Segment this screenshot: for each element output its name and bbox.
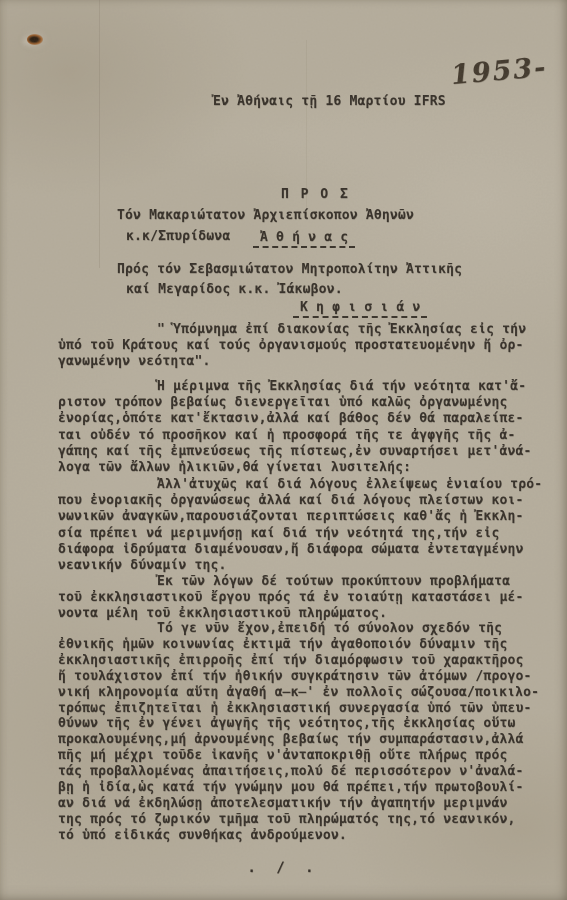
typed-line: γάπης καί τῆς ἐμπνεύσεως τῆς πίστεως,ἐν … — [58, 444, 536, 460]
typed-line: νεανικήν δύναμίν της. — [58, 558, 536, 574]
typed-line: " Ὑπόμνημα ἐπί διακονίας τῆς Ἐκκλησίας ε… — [58, 322, 536, 338]
typed-line: τάς προβαλλομένας ἀπαιτήσεις,πολύ δέ περ… — [58, 764, 536, 780]
typed-line: Ἡ μέριμνα τῆς Ἐκκλησίας διά τήν νεότητα … — [58, 379, 536, 395]
typed-line: Ἐκ τῶν λόγων δέ τούτων προκύπτουν προβλή… — [58, 574, 536, 590]
typed-line: διάφορα ἱδρύματα διαμένουσαν,ἤ διάφορα σ… — [58, 542, 536, 558]
typed-line: τοῦ ἐκκλησιαστικοῦ ἔργου πρός τά ἐν τοια… — [58, 590, 536, 606]
typed-line: γανωμένην νεότητα". — [58, 354, 536, 370]
typed-line: προκαλουμένης,μή ἀρνουμένης βεβαίως τήν … — [58, 732, 536, 748]
typed-line: ριστον τρόπον βεβαίως διενεργεῖται ὑπό κ… — [58, 395, 536, 411]
typed-line: νωνικῶν ἀναγκῶν,παρουσιάζονται περιπτώσε… — [58, 509, 536, 525]
scanned-document-page: 1953- Ἐν Ἀθήναις τῇ 16 Μαρτίου IFRS Π Ρ … — [0, 0, 567, 900]
rust-stain — [27, 34, 43, 45]
typed-line: αν διά νά ἐκδηλώσῃ ἀποτελεσματικήν τήν ἀ… — [58, 796, 536, 812]
body-paragraph-4: Τό γε νῦν ἔχον,ἐπειδή τό σύνολον σχεδόν … — [58, 621, 536, 844]
handwritten-year-annotation: 1953- — [450, 52, 549, 91]
typed-line: ἐθνικῆς ἡμῶν κοινωνίας ἐκτιμᾶ τήν ἀγαθοπ… — [58, 637, 536, 653]
recipient-archbishop-line: Τόν Μακαριώτατον Ἀρχιεπίσκοπον Ἀθηνῶν — [117, 208, 414, 224]
typed-line: Τό γε νῦν ἔχον,ἐπειδή τό σύνολον σχεδόν … — [58, 621, 536, 637]
typed-line: βῃ ἡ ἰδία,ὡς κατά τήν γνώμην μου θά πρέπ… — [58, 780, 536, 796]
typed-line: ἐνορίας,ὁπότε κατ'ἔκτασιν,ἀλλά καί βάθος… — [58, 411, 536, 427]
page-end-mark: . / . — [0, 860, 567, 876]
recipient-city-athens: Ἀ θ ή ν α ς — [253, 230, 355, 246]
recipient-metropolitan-name: καί Μεγαρίδος κ.κ. Ἰάκωβον. — [126, 282, 343, 298]
body-paragraph-1: Ἡ μέριμνα τῆς Ἐκκλησίας διά τήν νεότητα … — [58, 379, 536, 476]
recipient-archbishop-name: κ.κ/Σπυρίδωνα — [126, 229, 230, 245]
typed-line: τρόπως ἐπιζητεῖται ἡ ἐκκλησιαστική συνερ… — [58, 701, 536, 717]
recipient-city-kifisia: Κ η φ ι σ ι ά ν — [293, 300, 427, 316]
typed-line: ἐκκλησιαστικῆς ἐπιρροῆς ἐπί τήν διαμόρφω… — [58, 653, 536, 669]
typed-line: ται οὐδέν τό προσῆκον καί ἡ προσφορά τῆς… — [58, 428, 536, 444]
subject-paragraph: " Ὑπόμνημα ἐπί διακονίας τῆς Ἐκκλησίας ε… — [58, 322, 536, 371]
recipient-heading: Π Ρ Ο Σ — [281, 187, 350, 203]
typed-line: ὑπό τοῦ Κράτους καί τούς ὀργανισμούς προ… — [58, 338, 536, 354]
recipient-metropolitan-line: Πρός τόν Σεβασμιώτατον Μητροπολίτην Ἀττι… — [117, 262, 462, 278]
typed-line: που ἐνοριακῆς ὀργανώσεως ἀλλά καί διά λό… — [58, 493, 536, 509]
date-line: Ἐν Ἀθήναις τῇ 16 Μαρτίου IFRS — [213, 94, 446, 110]
typed-line: τό ὑπό εἰδικάς συνθήκας ἀνδρούμενον. — [58, 828, 536, 844]
body-paragraph-2: Ἀλλ'ἀτυχῶς καί διά λόγους ἐλλείψεως ἑνια… — [58, 477, 536, 574]
paper-crease — [99, 0, 100, 268]
typed-line: Ἀλλ'ἀτυχῶς καί διά λόγους ἐλλείψεως ἑνια… — [58, 477, 536, 493]
body-paragraph-3: Ἐκ τῶν λόγων δέ τούτων προκύπτουν προβλή… — [58, 574, 536, 623]
typed-line: νική κληρονομία αὕτη ἀγαθή α̶κ̶' ἐν πολλ… — [58, 685, 536, 701]
typed-line: πῆς μή μέχρι τοῦδε ἱκανῆς ν'ἀνταποκριθῇ … — [58, 748, 536, 764]
typed-line: θύνων τῆς ἐν γένει ἀγωγῆς τῆς νεότητος,τ… — [58, 716, 536, 732]
typed-line: της πρός τό ζωρικόν τμῆμα τοῦ πληρώματός… — [58, 812, 536, 828]
typed-line: λογα τῶν ἄλλων ἡλικιῶν,θά γίνεται λυσιτε… — [58, 460, 536, 476]
typed-line: ἤ τουλάχιστον ἐπί τήν ἠθικήν συγκράτησιν… — [58, 669, 536, 685]
typed-line: σία πρέπει νά μεριμνήσῃ καί διά τήν νεότ… — [58, 526, 536, 542]
